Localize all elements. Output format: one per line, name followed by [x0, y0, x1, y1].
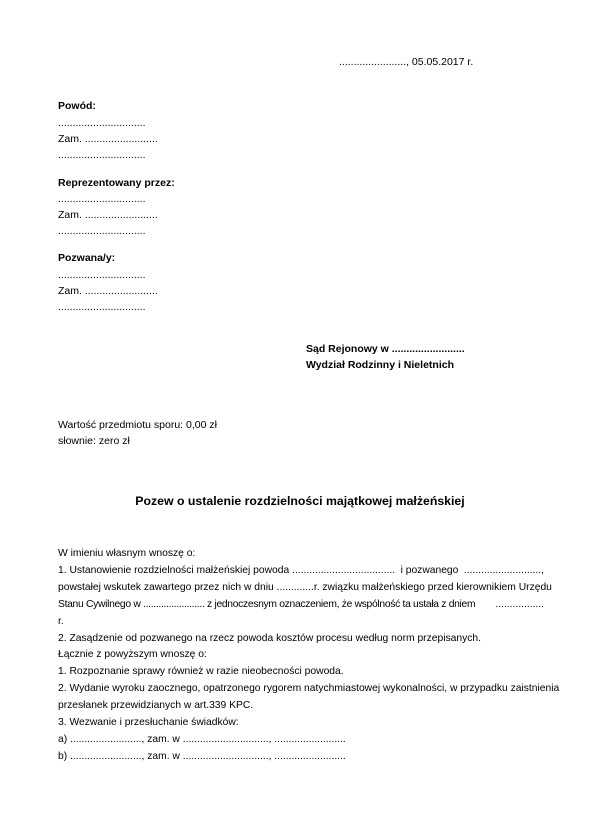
request-1-text-b: i pozwanego: [401, 562, 459, 579]
plaintiff-address-line: Zam. .........................: [58, 131, 158, 147]
additional-request-3: 3. Wezwanie i przesłuchanie świadków:: [58, 714, 544, 731]
additional-intro: Łącznie z powyższym wnoszę o:: [58, 646, 544, 663]
dispute-value-amount: Wartość przedmiotu sporu: 0,00 zł: [58, 419, 217, 431]
representative-label: Reprezentowany przez:: [58, 177, 175, 189]
document-title: Pozew o ustalenie rozdzielności majątkow…: [0, 494, 600, 508]
witness-a: a) ........................., zam. w ...…: [58, 731, 544, 748]
request-1-line-2: powstałej wskutek zawartego przez nich w…: [58, 579, 544, 596]
request-1-line-3: Stanu Cywilnego w ......................…: [58, 596, 544, 613]
request-1-text-c: ...........................,: [464, 562, 544, 579]
court-name: Sąd Rejonowy w .........................: [306, 343, 465, 355]
witness-b: b) ........................., zam. w ...…: [58, 748, 544, 765]
place-and-date: ......................., 05.05.2017 r.: [339, 56, 473, 68]
defendant-address-line: Zam. .........................: [58, 283, 158, 299]
representative-address-line: Zam. .........................: [58, 207, 158, 223]
request-1-line-4: r.: [58, 613, 544, 630]
requests-intro: W imieniu własnym wnoszę o:: [58, 545, 544, 562]
request-1-text-d: powstałej wskutek zawartego przez nich w…: [58, 579, 314, 596]
request-1-text-f: Stanu Cywilnego w ......................…: [58, 596, 475, 613]
additional-request-2-line-2: przesłanek przewidzianych w art.339 KPC.: [58, 697, 544, 714]
defendant-label: Pozwana/y:: [58, 252, 115, 264]
request-1-line-1: 1. Ustanowienie rozdzielności małżeńskie…: [58, 562, 544, 579]
defendant-name-line: ..............................: [58, 267, 146, 283]
request-1-text-e: r. związku małżeńskiego przed kierowniki…: [314, 579, 552, 596]
requests-section: W imieniu własnym wnoszę o: 1. Ustanowie…: [58, 545, 544, 647]
additional-requests-section: Łącznie z powyższym wnoszę o: 1. Rozpozn…: [58, 646, 544, 765]
plaintiff-label: Powód:: [58, 100, 96, 112]
additional-request-1: 1. Rozpoznanie sprawy również w razie ni…: [58, 663, 544, 680]
defendant-extra-line: ..............................: [58, 299, 146, 315]
additional-request-2-line-1: 2. Wydanie wyroku zaocznego, opatrzonego…: [58, 680, 544, 697]
representative-extra-line: ..............................: [58, 223, 146, 239]
plaintiff-name-line: ..............................: [58, 115, 146, 131]
plaintiff-extra-line: ..............................: [58, 147, 146, 163]
request-1-text-a: 1. Ustanowienie rozdzielności małżeńskie…: [58, 562, 395, 579]
representative-name-line: ..............................: [58, 191, 146, 207]
request-1-text-g: .................: [495, 596, 544, 613]
court-division: Wydział Rodzinny i Nieletnich: [306, 359, 454, 371]
request-2: 2. Zasądzenie od pozwanego na rzecz powo…: [58, 630, 544, 647]
dispute-value-words: słownie: zero zł: [58, 435, 130, 447]
